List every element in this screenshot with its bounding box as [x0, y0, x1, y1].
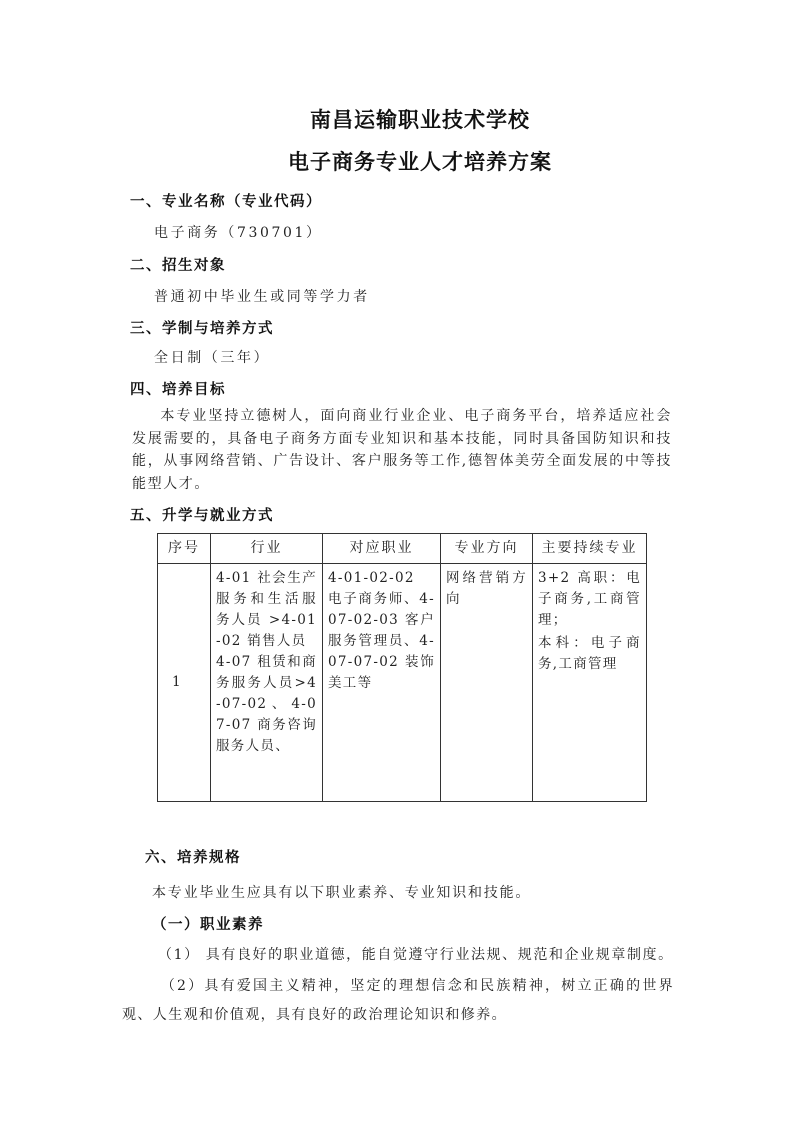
section-1-heading: 一、专业名称（专业代码） [130, 190, 322, 211]
section-6-heading: 六、培养规格 [145, 846, 241, 867]
cell-index: 1 [158, 564, 211, 802]
col-header-index: 序号 [158, 534, 211, 564]
section-6-intro: 本专业毕业生应具有以下职业素养、专业知识和技能。 [152, 882, 531, 902]
section-3-body: 全日制（三年） [154, 347, 270, 367]
employment-table: 序号 行业 对应职业 专业方向 主要持续专业 1 4-01 社会生产服务和生活服… [157, 533, 647, 802]
continuing-line-2: 本科：电子商务,工商管理 [538, 633, 641, 675]
cell-industry: 4-01 社会生产服务和生活服务人员 >4-01-02 销售人员 4-07 租赁… [211, 564, 323, 802]
quality-item-2: （2）具有爱国主义精神，坚定的理想信念和民族精神，树立正确的世界观、人生观和价值… [122, 972, 674, 1030]
table-row: 1 4-01 社会生产服务和生活服务人员 >4-01-02 销售人员 4-07 … [158, 564, 647, 802]
section-2-heading: 二、招生对象 [130, 254, 226, 275]
plan-title: 电子商务专业人才培养方案 [0, 146, 794, 176]
industry-line-2: 4-07 租赁和商务服务人员>4-07-02、4-07-07 商务咨询服务人员、 [216, 652, 317, 757]
section-1-body: 电子商务（730701） [154, 222, 323, 242]
quality-item-1: （1） 具有良好的职业道德，能自觉遵守行业法规、规范和企业规章制度。 [158, 944, 674, 964]
section-2-body: 普通初中毕业生或同等学力者 [154, 286, 370, 306]
section-3-heading: 三、学制与培养方式 [130, 317, 274, 338]
cell-continuing: 3+2 高职：电子商务,工商管理； 本科：电子商务,工商管理 [533, 564, 647, 802]
training-goal-text: 本专业坚持立德树人，面向商业行业企业、电子商务平台，培养适应社会发展需要的，具备… [132, 408, 672, 492]
quality-item-2-text: （2）具有爱国主义精神，坚定的理想信念和民族精神，树立正确的世界观、人生观和价值… [122, 978, 674, 1023]
col-header-occupation: 对应职业 [323, 534, 441, 564]
section-4-heading: 四、培养目标 [130, 378, 226, 399]
school-title: 南昌运输职业技术学校 [0, 104, 794, 134]
section-5-heading: 五、升学与就业方式 [130, 504, 274, 525]
continuing-line-1: 3+2 高职：电子商务,工商管理； [538, 568, 641, 631]
subsection-1-heading: （一）职业素养 [152, 913, 264, 934]
col-header-continuing: 主要持续专业 [533, 534, 647, 564]
industry-line-1: 4-01 社会生产服务和生活服务人员 >4-01-02 销售人员 [216, 568, 317, 652]
col-header-industry: 行业 [211, 534, 323, 564]
section-4-body: 本专业坚持立德树人，面向商业行业企业、电子商务平台，培养适应社会发展需要的，具备… [132, 405, 672, 495]
table-header-row: 序号 行业 对应职业 专业方向 主要持续专业 [158, 534, 647, 564]
cell-occupation: 4-01-02-02 电子商务师、4-07-02-03 客户服务管理员、4-07… [323, 564, 441, 802]
cell-direction: 网络营销方向 [441, 564, 533, 802]
col-header-direction: 专业方向 [441, 534, 533, 564]
